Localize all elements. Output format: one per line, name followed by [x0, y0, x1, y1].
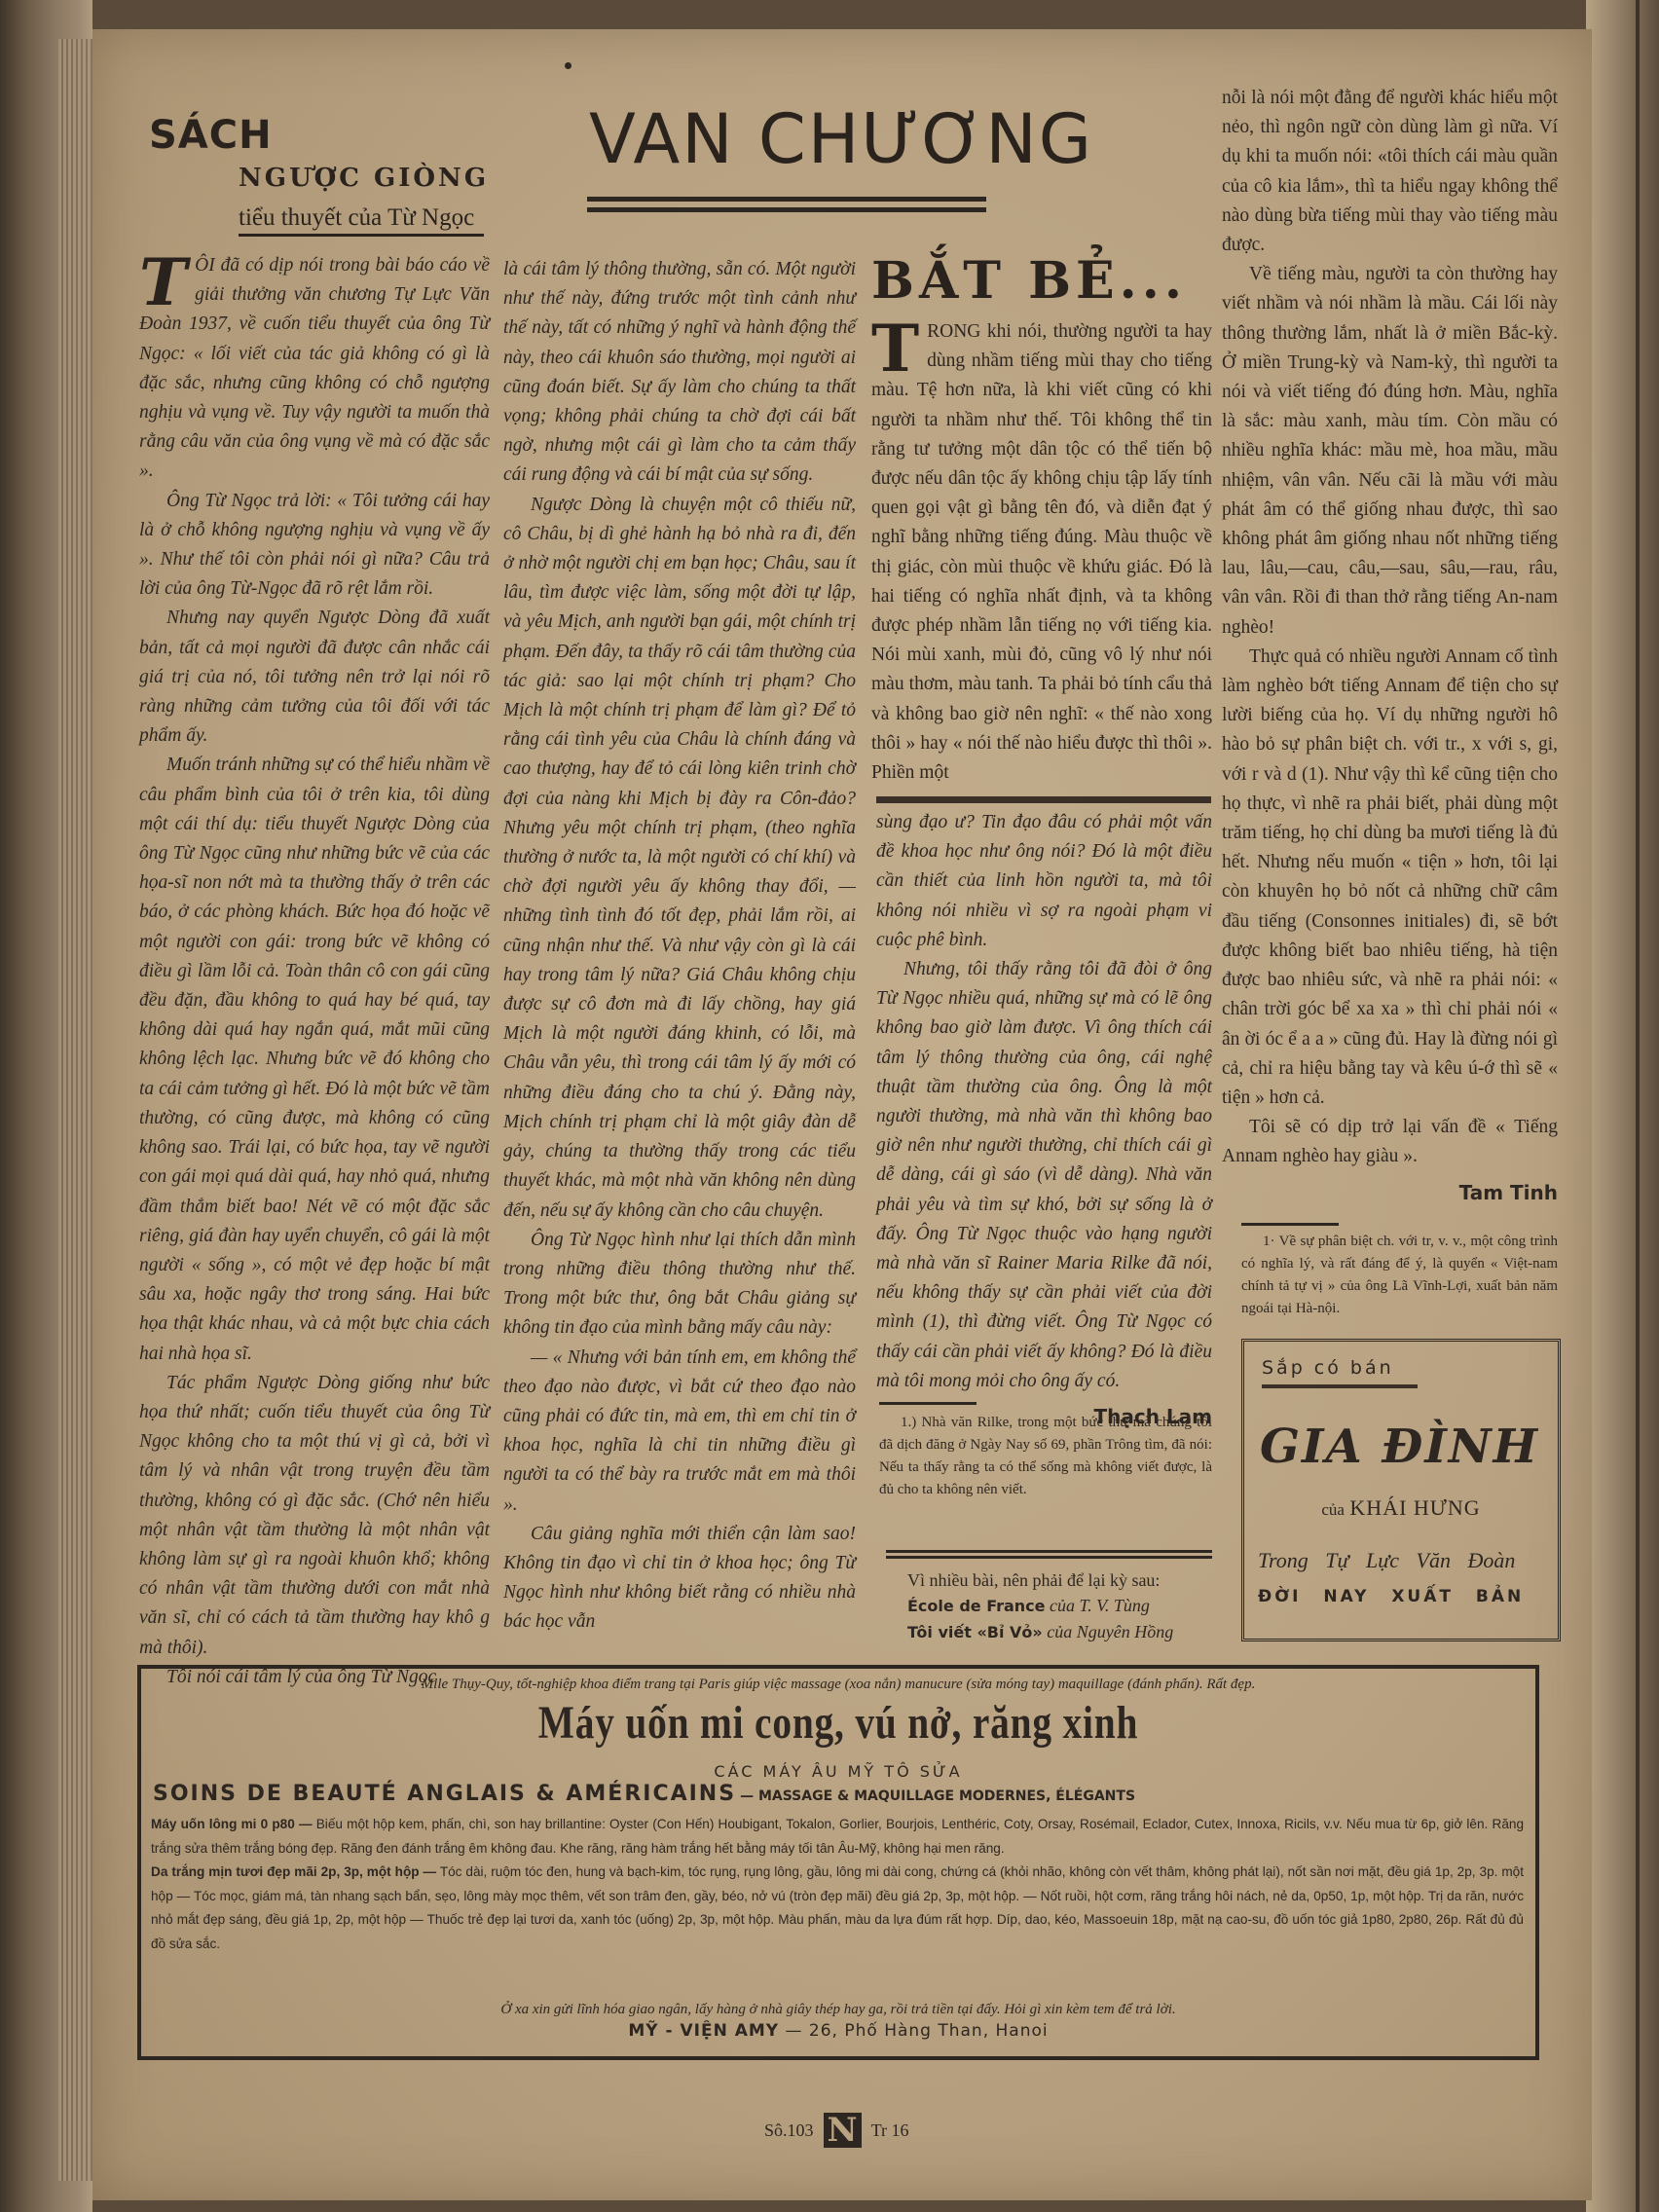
review-column-2: là cái tâm lý thông thường, sẵn có. Một …: [503, 255, 856, 1638]
title-rule-bottom: [587, 207, 986, 212]
postponed-intro: Vì nhiều bài, nên phải để lại kỳ sau:: [886, 1567, 1212, 1593]
paragraph: Về tiếng màu, người ta còn thường hay vi…: [1222, 260, 1558, 643]
postponed-item: École de France của T. V. Tùng: [886, 1593, 1212, 1619]
paragraph: — « Nhưng với bản tính em, em không thể …: [503, 1344, 856, 1520]
paragraph: ÔI đã có dịp nói trong bài báo cáo về gi…: [139, 251, 490, 487]
underline: [1262, 1384, 1418, 1388]
paragraph: nỗi là nói một đằng để người khác hiểu m…: [1222, 84, 1558, 260]
title-rule-top: [587, 197, 986, 202]
paragraph: Nhưng, tôi thấy rằng tôi đã đòi ở ông Từ…: [876, 955, 1212, 1396]
paragraph: Câu giảng nghĩa mới thiển cận làm sao! K…: [503, 1520, 856, 1638]
coming-soon-label: Sắp có bán: [1262, 1357, 1394, 1379]
soins-title: SOINS DE BEAUTÉ ANGLAIS & AMÉRICAINS: [153, 1782, 736, 1806]
book-advertisement: Sắp có bán GIA ĐÌNH của KHÁI HƯNG Trong …: [1241, 1339, 1561, 1641]
ink-dot: [565, 62, 571, 69]
beauty-ad-soins: SOINS DE BEAUTÉ ANGLAIS & AMÉRICAINS — M…: [153, 1782, 1526, 1806]
footnote-chinh-ta: 1· Về sự phân biệt ch. với tr, v. v., mộ…: [1241, 1231, 1558, 1320]
body-lead: Da trắng mịn tươi đẹp mãi 2p, 3p, một hộ…: [151, 1864, 436, 1879]
paragraph: Tôi sẽ có dịp trở lại vấn đề « Tiếng Ann…: [1222, 1113, 1558, 1171]
page-section-title: VAN CHƯƠNG: [589, 99, 1093, 179]
soins-tail: — MASSAGE & MAQUILLAGE MODERNES, ÉLÉGANT…: [740, 1788, 1135, 1804]
column-divider: [876, 796, 1211, 803]
critique-column-4: nỗi là nói một đằng để người khác hiểu m…: [1222, 84, 1558, 1207]
footnote-rilke: 1.) Nhà văn Rilke, trong một bức thư mà …: [879, 1412, 1212, 1501]
double-rule: [886, 1556, 1212, 1559]
book-ad-author-line: của KHÁI HƯNG: [1244, 1495, 1558, 1521]
paragraph: Ông Từ Ngọc hình như lại thích dẫn mình …: [503, 1226, 856, 1344]
stacked-page-edges: [58, 39, 95, 2181]
shop-name: MỸ - VIỆN AMY: [628, 2021, 779, 2041]
paragraph: Nhưng nay quyển Ngược Dòng đã xuất bản, …: [139, 604, 490, 751]
beauty-ad-body: Máy uốn lông mi 0 p80 — Biếu một hộp kem…: [151, 1813, 1524, 1956]
book-ad-title: GIA ĐÌNH: [1260, 1419, 1539, 1474]
review-continued-column: sùng đạo ư? Tin đạo đâu có phải một vấn …: [876, 808, 1212, 1431]
book-binding-left: [0, 0, 92, 2212]
issue-number: Sô.103: [764, 2120, 814, 2141]
body-text: Biếu một hộp kem, phấn, chì, son hay bri…: [151, 1817, 1524, 1856]
section-label-sach: SÁCH: [149, 113, 273, 158]
newspaper-page: SÁCH NGƯỢC GIÒNG tiểu thuyết của Từ Ngọc…: [92, 29, 1592, 2200]
drop-cap: T: [139, 255, 187, 310]
spine-line: [1636, 0, 1640, 2212]
book-ad-author: KHÁI HƯNG: [1349, 1495, 1480, 1520]
beauty-advertisement: Mlle Thụy-Quy, tốt-nghiệp khoa điểm tran…: [137, 1665, 1539, 2060]
body-lead: Máy uốn lông mi 0 p80 —: [151, 1817, 313, 1831]
review-column-1: T ÔI đã có dịp nói trong bài báo cáo về …: [139, 251, 490, 1692]
ngay-nay-logo-icon: N: [824, 2113, 862, 2148]
postponed-author: của T. V. Tùng: [1050, 1596, 1150, 1615]
beauty-ad-address: MỸ - VIỆN AMY — 26, Phố Hàng Than, Hanoi: [141, 2021, 1535, 2041]
author-prefix: của: [1321, 1500, 1345, 1519]
book-ad-series: Trong Tự Lực Văn Đoàn: [1258, 1548, 1550, 1573]
beauty-ad-intro: Mlle Thụy-Quy, tốt-nghiệp khoa điểm tran…: [141, 1677, 1535, 1693]
postponed-author: của Nguyên Hồng: [1047, 1622, 1173, 1641]
drop-cap: T: [871, 321, 919, 376]
signature-tam-tinh: Tam Tinh: [1222, 1178, 1558, 1207]
beauty-ad-subheadline: CÁC MÁY ÂU MỸ TÔ SỬA: [141, 1762, 1535, 1781]
footnote-rule: [879, 1402, 977, 1405]
paragraph: Ngược Dòng là chuyện một cô thiếu nữ, cô…: [503, 491, 856, 1226]
beauty-ad-headline: Máy uốn mi cong, vú nở, răng xinh: [267, 1696, 1410, 1750]
beauty-ad-note: Ở xa xin gửi lĩnh hóa giao ngân, lấy hàn…: [141, 2002, 1535, 2018]
paragraph: Thực quả có nhiều người Annam cố tình là…: [1222, 643, 1558, 1113]
book-subtitle: tiểu thuyết của Từ Ngọc: [239, 204, 484, 237]
shop-address: — 26, Phố Hàng Than, Hanoi: [786, 2021, 1049, 2041]
paragraph: Ông Từ Ngọc trả lời: « Tôi tưởng cái hay…: [139, 487, 490, 605]
book-ad-publisher: ĐỜI NAY XUẤT BẢN: [1258, 1587, 1550, 1606]
double-rule: [886, 1550, 1212, 1553]
paragraph: RONG khi nói, thường người ta hay dùng n…: [871, 317, 1212, 788]
book-title: NGƯỢC GIÒNG: [239, 164, 489, 193]
book-edge-right: [1586, 0, 1659, 2212]
postponed-title: Tôi viết «Bỉ Vỏ»: [907, 1623, 1043, 1641]
paragraph: Muốn tránh những sự có thể hiểu nhầm về …: [139, 751, 490, 1368]
footnote-rule: [1241, 1223, 1339, 1226]
paragraph: Tác phẩm Ngược Dòng giống như bức họa th…: [139, 1369, 490, 1663]
postponed-item: Tôi viết «Bỉ Vỏ» của Nguyên Hồng: [886, 1619, 1212, 1645]
critique-column-3: T RONG khi nói, thường người ta hay dùng…: [871, 317, 1212, 788]
postponed-title: École de France: [907, 1597, 1046, 1615]
page-number: Tr 16: [871, 2120, 909, 2141]
paragraph: sùng đạo ư? Tin đạo đâu có phải một vấn …: [876, 808, 1212, 955]
page-footer: Sô.103 N Tr 16: [764, 2113, 908, 2148]
postponed-notice: Vì nhiều bài, nên phải để lại kỳ sau: Éc…: [886, 1567, 1212, 1645]
paragraph: là cái tâm lý thông thường, sẵn có. Một …: [503, 255, 856, 491]
article-title-bat-be: BẮT BẺ...: [871, 251, 1187, 311]
